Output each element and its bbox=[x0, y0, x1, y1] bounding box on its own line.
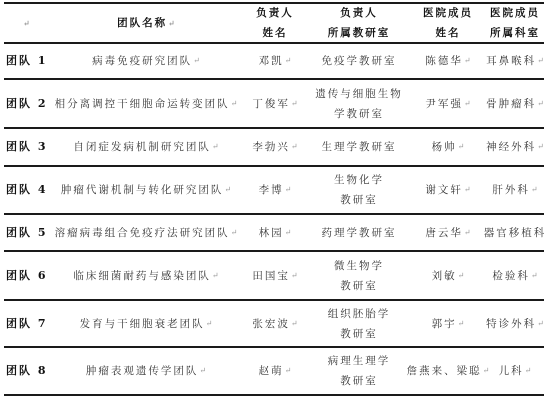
leader-dept-text: 组织胚胎学 bbox=[328, 304, 391, 324]
leader-dept: 病理生理学教研室 bbox=[304, 348, 414, 394]
header-label: 负责人 bbox=[340, 3, 378, 23]
paragraph-mark: ↵ bbox=[224, 180, 231, 200]
member-dept-text: 神经外科 bbox=[486, 137, 536, 157]
member-dept-text: 儿科 bbox=[499, 361, 524, 381]
leader-dept-text: 遗传与细胞生物 bbox=[315, 84, 403, 104]
member-dept: 耳鼻喉科↵ bbox=[482, 44, 548, 78]
team-name: 相分离调控干细胞命运转变团队↵ bbox=[46, 80, 246, 127]
table-row: 团队 3 自闭症发病机制研究团队↵ 李勃兴↵ 生理学教研室 杨帅↵ 神经外科↵ bbox=[4, 129, 544, 165]
team-name-text: 溶瘤病毒组合免疫疗法研究团队 bbox=[55, 223, 230, 243]
team-name: 肿瘤表观遗传学团队↵ bbox=[46, 348, 246, 394]
member-dept: 骨肿瘤科↵ bbox=[482, 80, 548, 127]
member-dept-text: 耳鼻喉科 bbox=[486, 51, 536, 71]
team-name-text: 肿瘤表观遗传学团队 bbox=[86, 361, 199, 381]
leader-name: 张宏波↵ bbox=[246, 301, 304, 346]
paragraph-mark: ↵ bbox=[537, 137, 544, 157]
paragraph-mark: ↵ bbox=[537, 314, 544, 334]
leader-name-text: 赵萌 bbox=[259, 361, 284, 381]
team-name: 肿瘤代谢机制与转化研究团队↵ bbox=[46, 167, 246, 213]
member-name: 尹军强↵ bbox=[414, 80, 482, 127]
member-dept-text: 特诊外科 bbox=[486, 314, 536, 334]
header-member-name: 医院成员姓名 bbox=[414, 4, 482, 42]
paragraph-mark: ↵ bbox=[285, 180, 292, 200]
member-name: 陈德华↵ bbox=[414, 44, 482, 78]
paragraph-mark: ↵ bbox=[531, 180, 538, 200]
team-name: 自闭症发病机制研究团队↵ bbox=[46, 129, 246, 165]
leader-name-text: 李勃兴 bbox=[252, 137, 290, 157]
paragraph-mark: ↵ bbox=[199, 361, 206, 381]
table-row: 团队 8 肿瘤表观遗传学团队↵ 赵萌↵ 病理生理学教研室 詹燕来、梁聪↵ 儿科↵ bbox=[4, 348, 544, 394]
member-dept-text: 骨肿瘤科 bbox=[486, 94, 536, 114]
leader-name: 田国宝↵ bbox=[246, 252, 304, 299]
member-dept: 器官移植科 bbox=[482, 215, 548, 250]
header-label: 负责人 bbox=[256, 3, 294, 23]
member-name-text: 刘敏 bbox=[432, 266, 457, 286]
header-leader-name: 负责人姓名 bbox=[246, 4, 304, 42]
leader-dept-text: 生物化学 bbox=[334, 170, 384, 190]
member-name-text: 尹军强 bbox=[425, 94, 463, 114]
header-empty-cell: ↵ bbox=[6, 4, 46, 42]
team-name: 病毒免疫研究团队↵ bbox=[46, 44, 246, 78]
member-dept: 检验科↵ bbox=[482, 252, 548, 299]
team-name-text: 自闭症发病机制研究团队 bbox=[73, 137, 211, 157]
team-name: 发育与干细胞衰老团队↵ bbox=[46, 301, 246, 346]
leader-name-text: 丁俊军 bbox=[252, 94, 290, 114]
team-name: 溶瘤病毒组合免疫疗法研究团队↵ bbox=[46, 215, 246, 250]
leader-dept: 免疫学教研室 bbox=[304, 44, 414, 78]
paragraph-mark: ↵ bbox=[537, 51, 544, 71]
header-label: 医院成员 bbox=[490, 3, 540, 23]
header-team-name: 团队名称↵ bbox=[46, 4, 246, 42]
paragraph-mark: ↵ bbox=[212, 266, 219, 286]
member-name: 杨帅↵ bbox=[414, 129, 482, 165]
header-label: 医院成员 bbox=[423, 3, 473, 23]
paragraph-mark: ↵ bbox=[458, 137, 465, 157]
team-label: 团队 1 bbox=[6, 44, 46, 78]
leader-dept-text: 药理学教研室 bbox=[322, 223, 397, 243]
team-name-text: 临床细菌耐药与感染团队 bbox=[73, 266, 211, 286]
header-row: ↵ 团队名称↵ 负责人姓名 负责人所属教研室 医院成员姓名 医院成员所属科室 bbox=[4, 4, 544, 42]
leader-dept: 遗传与细胞生物学教研室 bbox=[304, 80, 414, 127]
member-dept: 肝外科↵ bbox=[482, 167, 548, 213]
leader-dept: 微生物学教研室 bbox=[304, 252, 414, 299]
header-label: 团队名称 bbox=[117, 13, 167, 33]
paragraph-mark: ↵ bbox=[291, 94, 298, 114]
leader-dept: 生物化学教研室 bbox=[304, 167, 414, 213]
paragraph-mark: ↵ bbox=[212, 137, 219, 157]
paragraph-mark: ↵ bbox=[168, 13, 175, 33]
leader-name-text: 李博 bbox=[259, 180, 284, 200]
paragraph-mark: ↵ bbox=[291, 137, 298, 157]
team-name-text: 发育与干细胞衰老团队 bbox=[80, 314, 205, 334]
team-label: 团队 8 bbox=[6, 348, 46, 394]
table-row: 团队 6 临床细菌耐药与感染团队↵ 田国宝↵ 微生物学教研室 刘敏↵ 检验科↵ bbox=[4, 252, 544, 299]
leader-name: 赵萌↵ bbox=[246, 348, 304, 394]
team-name: 临床细菌耐药与感染团队↵ bbox=[46, 252, 246, 299]
member-dept: 神经外科↵ bbox=[482, 129, 548, 165]
leader-dept-text: 教研室 bbox=[340, 190, 378, 210]
paragraph-mark: ↵ bbox=[464, 223, 471, 243]
table-row: 团队 2 相分离调控干细胞命运转变团队↵ 丁俊军↵ 遗传与细胞生物学教研室 尹军… bbox=[4, 80, 544, 127]
paragraph-mark: ↵ bbox=[458, 266, 465, 286]
paragraph-mark: ↵ bbox=[23, 13, 30, 33]
member-dept-text: 检验科 bbox=[492, 266, 530, 286]
paragraph-mark: ↵ bbox=[464, 180, 471, 200]
table-row: 团队 7 发育与干细胞衰老团队↵ 张宏波↵ 组织胚胎学教研室 郭宇↵ 特诊外科↵ bbox=[4, 301, 544, 346]
leader-name: 李勃兴↵ bbox=[246, 129, 304, 165]
member-name-text: 杨帅 bbox=[432, 137, 457, 157]
paragraph-mark: ↵ bbox=[206, 314, 213, 334]
member-name-text: 郭宇 bbox=[432, 314, 457, 334]
team-label: 团队 2 bbox=[6, 80, 46, 127]
team-label: 团队 4 bbox=[6, 167, 46, 213]
leader-name-text: 林园 bbox=[259, 223, 284, 243]
leader-name-text: 田国宝 bbox=[252, 266, 290, 286]
header-label: 姓名 bbox=[436, 23, 461, 43]
team-name-text: 病毒免疫研究团队 bbox=[92, 51, 192, 71]
leader-name: 丁俊军↵ bbox=[246, 80, 304, 127]
team-name-text: 相分离调控干细胞命运转变团队 bbox=[55, 94, 230, 114]
paragraph-mark: ↵ bbox=[285, 51, 292, 71]
team-name-text: 肿瘤代谢机制与转化研究团队 bbox=[61, 180, 224, 200]
leader-name: 邓凯↵ bbox=[246, 44, 304, 78]
header-leader-dept: 负责人所属教研室 bbox=[304, 4, 414, 42]
member-name-text: 谢文轩 bbox=[425, 180, 463, 200]
paragraph-mark: ↵ bbox=[193, 51, 200, 71]
paragraph-mark: ↵ bbox=[464, 94, 471, 114]
member-name: 刘敏↵ bbox=[414, 252, 482, 299]
member-name-text: 唐云华 bbox=[425, 223, 463, 243]
leader-name-text: 张宏波 bbox=[252, 314, 290, 334]
leader-dept-text: 免疫学教研室 bbox=[322, 51, 397, 71]
member-dept-text: 肝外科 bbox=[492, 180, 530, 200]
team-label: 团队 7 bbox=[6, 301, 46, 346]
header-label: 所属科室 bbox=[490, 23, 540, 43]
member-dept-text: 器官移植科 bbox=[484, 223, 547, 243]
leader-dept: 生理学教研室 bbox=[304, 129, 414, 165]
header-label: 所属教研室 bbox=[328, 23, 391, 43]
leader-name: 林园↵ bbox=[246, 215, 304, 250]
member-name: 唐云华↵ bbox=[414, 215, 482, 250]
paragraph-mark: ↵ bbox=[285, 361, 292, 381]
leader-dept-text: 教研室 bbox=[340, 371, 378, 391]
paragraph-mark: ↵ bbox=[531, 266, 538, 286]
member-name: 詹燕来、梁聪↵ bbox=[414, 348, 482, 394]
bottom-rule bbox=[4, 394, 544, 396]
paragraph-mark: ↵ bbox=[291, 314, 298, 334]
table-row: 团队 1 病毒免疫研究团队↵ 邓凯↵ 免疫学教研室 陈德华↵ 耳鼻喉科↵ bbox=[4, 44, 544, 78]
leader-dept: 药理学教研室 bbox=[304, 215, 414, 250]
header-label: 姓名 bbox=[263, 23, 288, 43]
paragraph-mark: ↵ bbox=[291, 266, 298, 286]
leader-dept-text: 教研室 bbox=[340, 324, 378, 344]
leader-name: 李博↵ bbox=[246, 167, 304, 213]
member-name-text: 詹燕来、梁聪 bbox=[407, 361, 482, 381]
leader-dept: 组织胚胎学教研室 bbox=[304, 301, 414, 346]
paragraph-mark: ↵ bbox=[525, 361, 532, 381]
member-dept: 特诊外科↵ bbox=[482, 301, 548, 346]
leader-dept-text: 病理生理学 bbox=[328, 351, 391, 371]
paragraph-mark: ↵ bbox=[285, 223, 292, 243]
paragraph-mark: ↵ bbox=[458, 314, 465, 334]
member-name: 郭宇↵ bbox=[414, 301, 482, 346]
table-row: 团队 4 肿瘤代谢机制与转化研究团队↵ 李博↵ 生物化学教研室 谢文轩↵ 肝外科… bbox=[4, 167, 544, 213]
header-member-dept: 医院成员所属科室 bbox=[482, 4, 548, 42]
paragraph-mark: ↵ bbox=[537, 94, 544, 114]
leader-name-text: 邓凯 bbox=[259, 51, 284, 71]
leader-dept-text: 生理学教研室 bbox=[322, 137, 397, 157]
leader-dept-text: 学教研室 bbox=[334, 104, 384, 124]
paragraph-mark: ↵ bbox=[231, 223, 238, 243]
member-name: 谢文轩↵ bbox=[414, 167, 482, 213]
team-label: 团队 5 bbox=[6, 215, 46, 250]
leader-dept-text: 教研室 bbox=[340, 276, 378, 296]
paragraph-mark: ↵ bbox=[464, 51, 471, 71]
table-row: 团队 5 溶瘤病毒组合免疫疗法研究团队↵ 林园↵ 药理学教研室 唐云华↵ 器官移… bbox=[4, 215, 544, 250]
leader-dept-text: 微生物学 bbox=[334, 256, 384, 276]
paragraph-mark: ↵ bbox=[231, 94, 238, 114]
team-label: 团队 6 bbox=[6, 252, 46, 299]
member-dept: 儿科↵ bbox=[482, 348, 548, 394]
team-label: 团队 3 bbox=[6, 129, 46, 165]
member-name-text: 陈德华 bbox=[425, 51, 463, 71]
